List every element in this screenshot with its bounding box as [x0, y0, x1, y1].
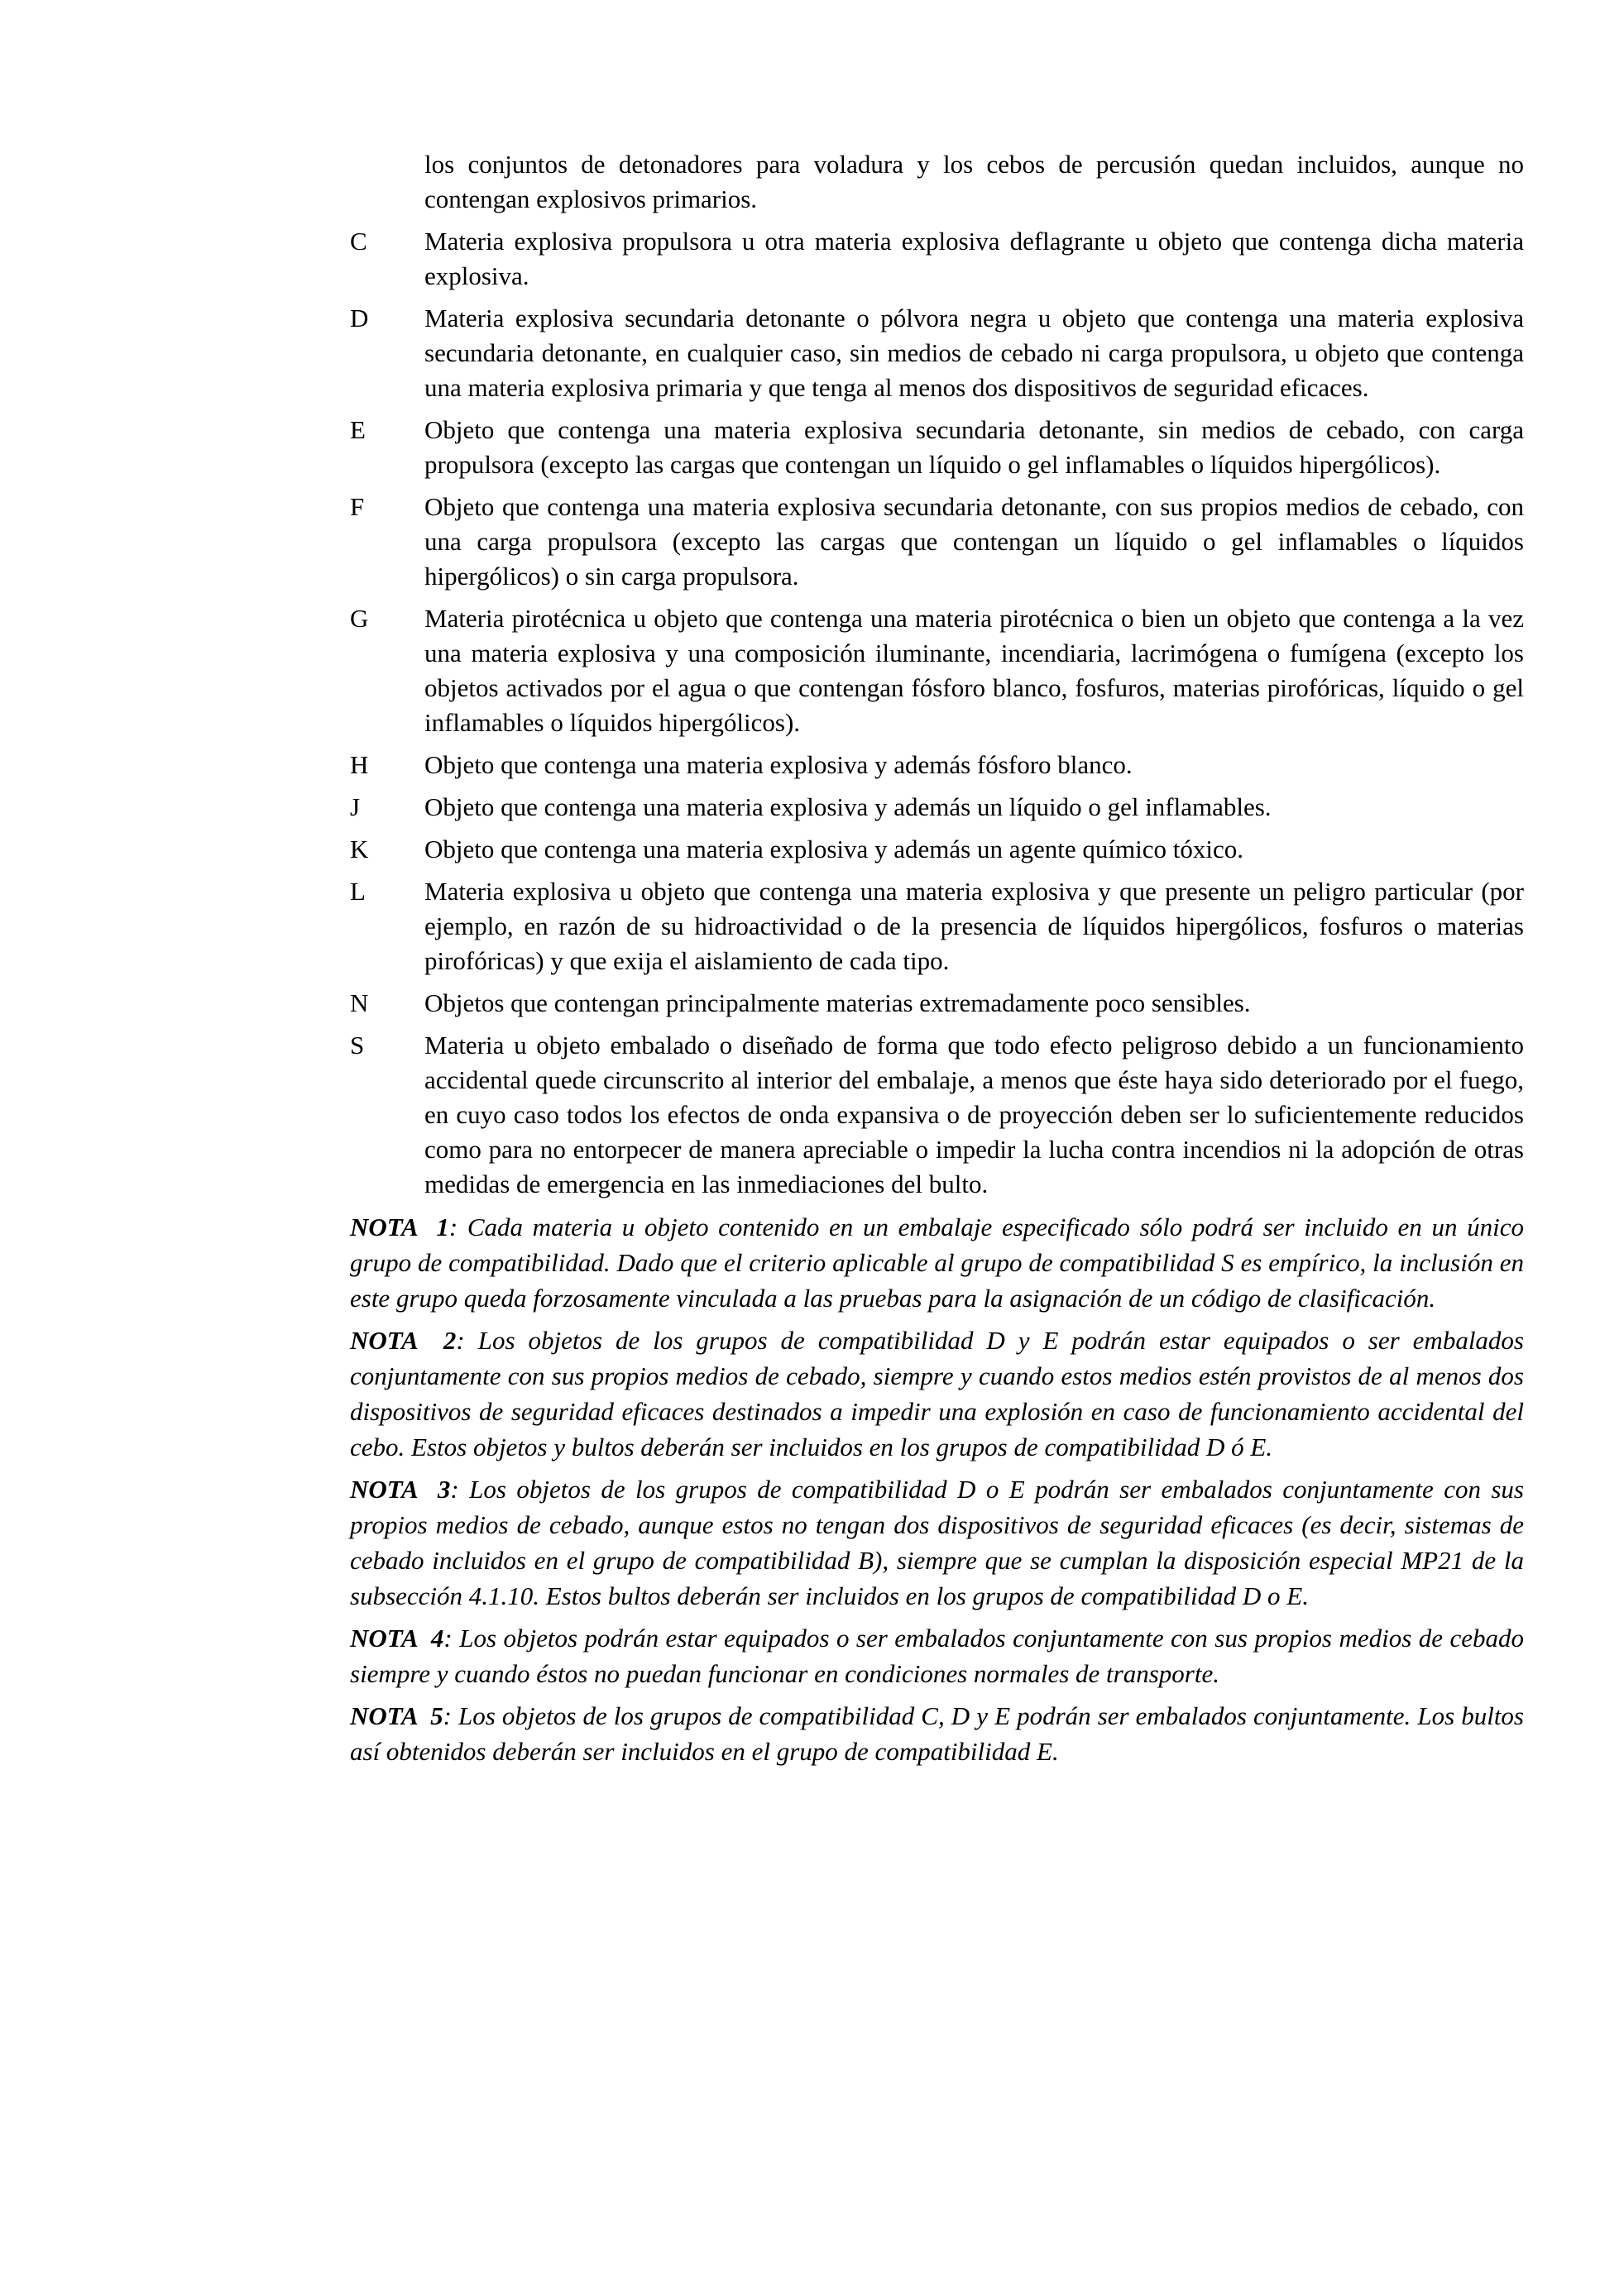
- group-description: Materia pirotécnica u objeto que conteng…: [424, 601, 1524, 740]
- note-label: NOTA 1: [350, 1213, 449, 1241]
- compatibility-group-row-n: N Objetos que contengan principalmente m…: [350, 986, 1524, 1021]
- compatibility-group-row-l: L Materia explosiva u objeto que conteng…: [350, 874, 1524, 978]
- note-paragraph-4: NOTA 4: Los objetos podrán estar equipad…: [350, 1620, 1524, 1691]
- group-description: Objeto que contenga una materia explosiv…: [424, 413, 1524, 482]
- compatibility-group-row-c: C Materia explosiva propulsora u otra ma…: [350, 224, 1524, 294]
- group-description: Objeto que contenga una materia explosiv…: [424, 748, 1524, 782]
- group-letter: D: [350, 301, 424, 405]
- compatibility-group-row-d: D Materia explosiva secundaria detonante…: [350, 301, 1524, 405]
- note-label: NOTA 3: [350, 1475, 450, 1504]
- group-letter: F: [350, 490, 424, 594]
- group-letter: K: [350, 832, 424, 867]
- note-text: : Cada materia u objeto contenido en un …: [350, 1213, 1524, 1313]
- document-page: los conjuntos de detonadores para voladu…: [0, 0, 1624, 2296]
- compatibility-group-row-e: E Objeto que contenga una materia explos…: [350, 413, 1524, 482]
- compatibility-group-row-g: G Materia pirotécnica u objeto que conte…: [350, 601, 1524, 740]
- group-description: Materia explosiva u objeto que contenga …: [424, 874, 1524, 978]
- note-paragraph-1: NOTA 1: Cada materia u objeto contenido …: [350, 1209, 1524, 1316]
- note-label: NOTA 5: [350, 1701, 443, 1730]
- group-letter: L: [350, 874, 424, 978]
- note-label: NOTA 4: [350, 1624, 443, 1653]
- group-description: Objeto que contenga una materia explosiv…: [424, 790, 1524, 825]
- note-text: : Los objetos de los grupos de compatibi…: [350, 1326, 1524, 1461]
- document-text: los conjuntos de detonadores para voladu…: [350, 147, 1524, 1776]
- compatibility-group-row-s: S Materia u objeto embalado o diseñado d…: [350, 1028, 1524, 1202]
- group-letter: J: [350, 790, 424, 825]
- group-description: Materia explosiva secundaria detonante o…: [424, 301, 1524, 405]
- group-letter: S: [350, 1028, 424, 1202]
- group-description: Objetos que contengan principalmente mat…: [424, 986, 1524, 1021]
- group-letter: C: [350, 224, 424, 294]
- group-description: Materia u objeto embalado o diseñado de …: [424, 1028, 1524, 1202]
- group-description: Materia explosiva propulsora u otra mate…: [424, 224, 1524, 294]
- group-description: Objeto que contenga una materia explosiv…: [424, 490, 1524, 594]
- group-letter: E: [350, 413, 424, 482]
- note-label: NOTA 2: [350, 1326, 456, 1355]
- compatibility-group-row-f: F Objeto que contenga una materia explos…: [350, 490, 1524, 594]
- note-text: : Los objetos de los grupos de compatibi…: [350, 1701, 1524, 1766]
- note-paragraph-2: NOTA 2: Los objetos de los grupos de com…: [350, 1323, 1524, 1465]
- compatibility-group-row-j: J Objeto que contenga una materia explos…: [350, 790, 1524, 825]
- note-text: : Los objetos podrán estar equipados o s…: [350, 1624, 1524, 1688]
- group-letter: H: [350, 748, 424, 782]
- note-paragraph-5: NOTA 5: Los objetos de los grupos de com…: [350, 1698, 1524, 1769]
- note-text: : Los objetos de los grupos de compatibi…: [350, 1475, 1524, 1610]
- compatibility-group-row-k: K Objeto que contenga una materia explos…: [350, 832, 1524, 867]
- group-letter: G: [350, 601, 424, 740]
- intro-continuation-paragraph: los conjuntos de detonadores para voladu…: [424, 147, 1524, 217]
- group-description: Objeto que contenga una materia explosiv…: [424, 832, 1524, 867]
- compatibility-group-row-h: H Objeto que contenga una materia explos…: [350, 748, 1524, 782]
- note-paragraph-3: NOTA 3: Los objetos de los grupos de com…: [350, 1471, 1524, 1614]
- group-letter: N: [350, 986, 424, 1021]
